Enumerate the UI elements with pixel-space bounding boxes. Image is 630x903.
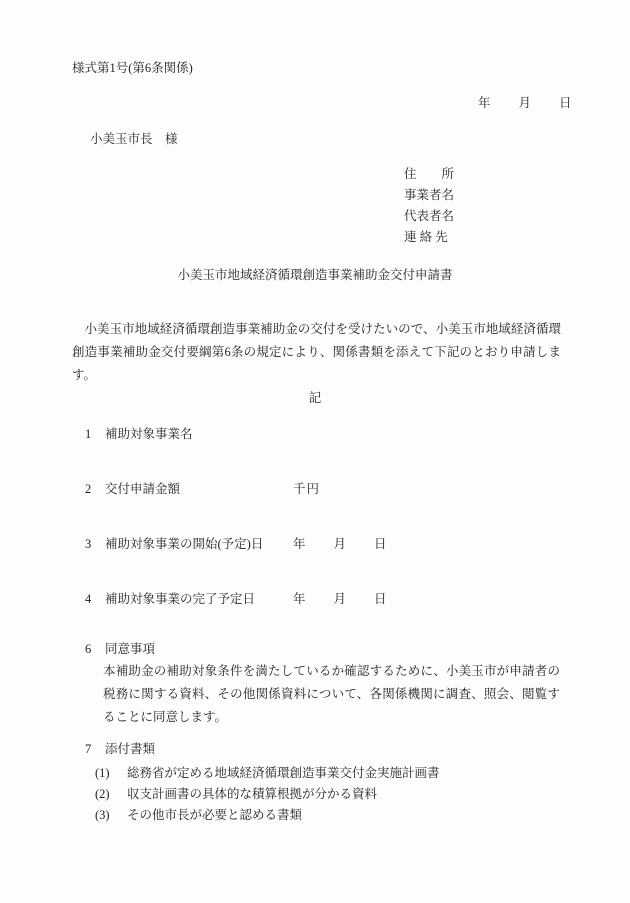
attachment-number: (3) [95,805,127,826]
applicant-contact-label: 連 絡 先 [404,227,454,248]
applicant-business-name-label: 事業者名 [404,185,454,206]
item-completion-date: 4補助対象事業の完了予定日年 月 日 [85,591,585,607]
attachment-text: 収支計画書の具体的な積算根拠が分かる資料 [127,787,377,801]
attachment-text: その他市長が必要と認める書類 [127,808,302,822]
addressee: 小美玉市長 様 [90,131,178,147]
item-label: 補助対象事業の完了予定日 [105,592,255,606]
item-suffix-date: 年 月 日 [293,536,388,552]
attachment-item: (3)その他市長が必要と認める書類 [95,805,440,826]
attachment-number: (1) [95,763,127,784]
section-label: 添付書類 [105,742,155,756]
section-number: 7 [85,741,105,757]
item-number: 4 [85,591,105,607]
item-application-amount: 2交付申請金額千円 [85,481,585,497]
item-label: 補助対象事業名 [105,427,193,441]
applicant-address-label: 住 所 [404,164,454,185]
attachment-item: (1)総務省が定める地域経済循環創造事業交付金実施計画書 [95,763,440,784]
section-number: 6 [85,641,105,657]
item-number: 3 [85,536,105,552]
document-title: 小美玉市地域経済循環創造事業補助金交付申請書 [0,267,630,283]
applicant-block: 住 所 事業者名 代表者名 連 絡 先 [404,164,454,248]
applicant-representative-label: 代表者名 [404,206,454,227]
item-number: 1 [85,426,105,442]
attachments-list: (1)総務省が定める地域経済循環創造事業交付金実施計画書 (2)収支計画書の具体… [95,763,440,826]
document-page: 様式第1号(第6条関係) 年 月 日 小美玉市長 様 住 所 事業者名 代表者名… [0,0,630,903]
consent-section-body: 本補助金の補助対象条件を満たしているか確認するために、小美玉市が申請者の税務に関… [103,660,560,729]
item-project-name: 1補助対象事業名 [85,426,585,442]
item-suffix-date: 年 月 日 [293,591,388,607]
item-start-date: 3補助対象事業の開始(予定)日年 月 日 [85,536,585,552]
attachment-item: (2)収支計画書の具体的な積算根拠が分かる資料 [95,784,440,805]
intro-paragraph: 小美玉市地域経済循環創造事業補助金の交付を受けたいので、小美玉市地域経済循環創造… [72,318,561,387]
attachment-text: 総務省が定める地域経済循環創造事業交付金実施計画書 [127,766,440,780]
item-number: 2 [85,481,105,497]
attachment-number: (2) [95,784,127,805]
section-label: 同意事項 [105,642,155,656]
item-label: 交付申請金額 [105,482,180,496]
item-suffix-thousand-yen: 千円 [293,481,320,497]
record-mark: 記 [0,390,630,406]
form-number: 様式第1号(第6条関係) [72,60,193,76]
attachments-section-heading: 7添付書類 [85,741,155,757]
consent-section-heading: 6同意事項 [85,641,155,657]
date-line: 年 月 日 [478,95,573,111]
item-label: 補助対象事業の開始(予定)日 [105,537,263,551]
